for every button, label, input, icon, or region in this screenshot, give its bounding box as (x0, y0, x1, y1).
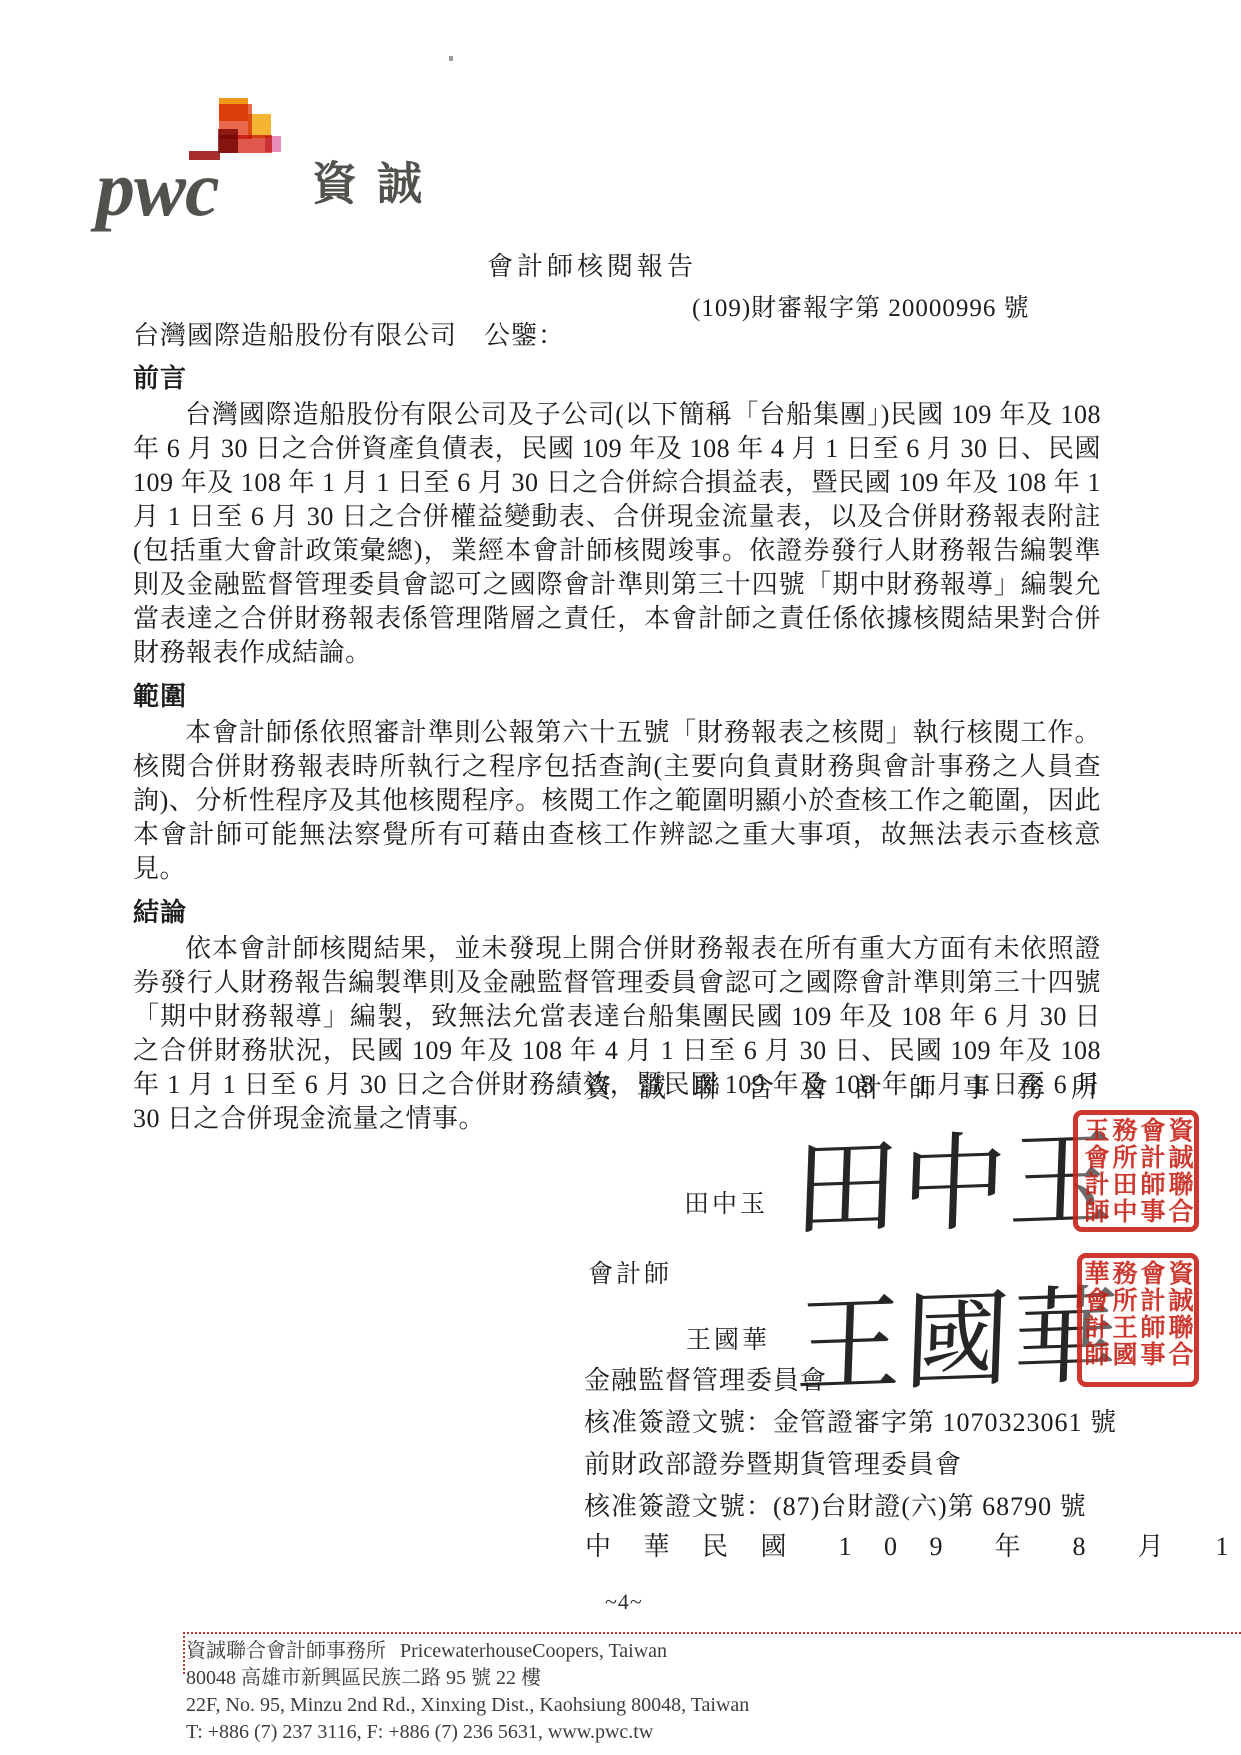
accountant1-handwritten-signature: 田中玉 (791, 1127, 1119, 1245)
accountant-role-label: 會計師 (588, 1254, 672, 1290)
former-sfc-name: 前財政部證券暨期貨管理委員會 (584, 1444, 1117, 1486)
report-number: (109)財審報字第 20000996 號 (692, 288, 1030, 324)
approval-block: 金融監督管理委員會 核准簽證文號：金管證審字第 1070323061 號 前財政… (584, 1360, 1117, 1528)
footer-contact-line: T: +886 (7) 237 3116, F: +886 (7) 236 56… (186, 1719, 749, 1746)
footer-address-block: 資誠聯合會計師事務所PricewaterhouseCoopers, Taiwan… (186, 1638, 749, 1746)
paragraph-foreword: 台灣國際造船股份有限公司及子公司(以下簡稱「台船集團」)民國 109 年及 10… (133, 398, 1101, 670)
footer-firm-en: PricewaterhouseCoopers, Taiwan (400, 1640, 667, 1662)
footer-dotted-rule (183, 1632, 1241, 1634)
firm-name-line: 資誠聯合會計師事務所 (585, 1066, 1125, 1105)
pwc-wordmark: pwc (96, 150, 219, 228)
heading-foreword: 前言 (133, 362, 1101, 396)
heading-conclusion: 結論 (133, 896, 1101, 930)
accountant1-printed-name: 田中玉 (684, 1184, 768, 1220)
fsc-name: 金融監督管理委員會 (584, 1360, 1117, 1402)
heading-scope: 範圍 (133, 680, 1101, 714)
sfc-approval-number: 核准簽證文號：(87)台財證(六)第 68790 號 (584, 1486, 1117, 1528)
scan-speck (449, 56, 453, 61)
footer-firm-line: 資誠聯合會計師事務所PricewaterhouseCoopers, Taiwan (186, 1638, 749, 1665)
addressee-line: 台灣國際造船股份有限公司 公鑒： (133, 320, 1101, 352)
footer-dotted-rule-left (183, 1632, 185, 1674)
report-page: pwc 資誠 會計師核閱報告 (109)財審報字第 20000996 號 台灣國… (0, 0, 1241, 1755)
brand-name-cjk: 資誠 (312, 160, 442, 210)
fsc-approval-number: 核准簽證文號：金管證審字第 1070323061 號 (584, 1402, 1117, 1444)
roc-date-line: 中 華 民 國 1 0 9 年 8 月 1 2 日 (585, 1526, 1241, 1563)
report-title: 會計師核閱報告 (487, 246, 697, 283)
accountant2-printed-name: 王國華 (686, 1320, 770, 1356)
report-body: 台灣國際造船股份有限公司 公鑒： 前言 台灣國際造船股份有限公司及子公司(以下簡… (133, 320, 1101, 1136)
logo-block-pink (265, 136, 281, 152)
footer-address-en: 22F, No. 95, Minzu 2nd Rd., Xinxing Dist… (186, 1692, 749, 1719)
paragraph-conclusion: 依本會計師核閱結果，並未發現上開合併財務報表在所有重大方面有未依照證券發行人財務… (133, 932, 1101, 1136)
footer-firm-cjk: 資誠聯合會計師事務所 (186, 1640, 386, 1662)
footer-address-cjk: 80048 高雄市新興區民族二路 95 號 22 樓 (186, 1665, 749, 1692)
page-number: ~4~ (605, 1589, 643, 1615)
accountant1-red-seal-stamp: 資誠聯合會計師事務所田中玉會計師 (1073, 1110, 1199, 1232)
paragraph-scope: 本會計師係依照審計準則公報第六十五號「財務報表之核閱」執行核閱工作。核閱合併財務… (133, 716, 1101, 886)
